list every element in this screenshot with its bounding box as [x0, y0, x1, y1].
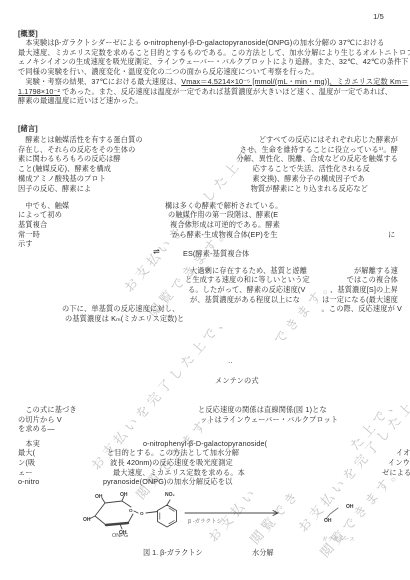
- intro-fragment-right: 素交換)、酵素分子の構成因子であ: [252, 174, 365, 183]
- intro-fragment-mid: の触媒作用の第一段階は、酵素(E: [168, 210, 278, 219]
- intro-fragment-right: 物質が酵素にとり込まれる反応など: [251, 184, 368, 193]
- benzene-ring: [158, 505, 177, 527]
- method-fragment-mid: と目的とする。この方法として加水分解: [107, 448, 239, 457]
- method-fragment-mid: と反応速度の関係は直線関係(図 1)とな: [198, 405, 327, 414]
- result-text: であった。また、反応速度は温度が一定であれば基質濃度が大きいほど速く、温度が一定…: [60, 87, 392, 96]
- equation-text: ES(酵素-基質複合体: [183, 249, 249, 258]
- method-fragment-left: この式に基づき: [18, 405, 77, 414]
- intro-fragment-right: どすべての反応にはそれぞれ応じた酵素が: [259, 135, 398, 144]
- equilibrium-arrow: ⇌: [153, 247, 160, 256]
- intro-fragment-left: 構成アミノ酸残基のプロト: [18, 174, 106, 183]
- overview-line: 最大速度、ミカエリス定数を求めること目的とするものである。この方法として、加水分…: [18, 48, 410, 57]
- overview-line: ェノキシイオンの生成速度を吸光度測定、ラインウェーバー・バルクプロットにより追跡…: [18, 57, 409, 66]
- method-fragment-right: インウ: [388, 458, 410, 467]
- method-fragment-left: を求める—: [18, 424, 55, 433]
- intro-fragment-left: こと(触媒反応)、酵素を構成: [18, 164, 111, 173]
- intro-fragment-left: 素に関わるもろもろの反応は酵: [18, 154, 121, 163]
- intro-fragment-left: 存在し、それらの反応をその生体の: [18, 145, 135, 154]
- intro-fragment-mid: と生成する速度の和に等しいという定: [185, 275, 310, 284]
- overview-line: 酵素の最適温度に近いほど速かった。: [18, 96, 143, 105]
- intro-fragment-right: が解離する速: [354, 266, 398, 275]
- ring-oxygen-label: O: [129, 508, 133, 513]
- method-fragment-right: ゼによる: [382, 468, 410, 477]
- oh-label: OH: [120, 492, 128, 498]
- intro-fragment-right: 分解、異性化、脱離、合成などの反応を触媒する: [237, 154, 398, 163]
- method-fragment-mid: o-nitrophenyl-β-D-galactopyranoside(: [143, 439, 267, 448]
- intro-fragment-mid: から酵素-生成物複合体(EP)を生: [172, 230, 278, 239]
- overview-heading: [概要]: [18, 29, 38, 38]
- method-fragment-left: ェー: [18, 468, 33, 477]
- glycosidic-oxygen-label: O: [140, 511, 144, 516]
- intro-fragment-left: 中でも、触媒: [18, 201, 69, 210]
- oh-label: OH: [324, 518, 332, 524]
- oh-label: OH: [83, 517, 91, 523]
- onpg-label: ONPG: [112, 533, 128, 539]
- method-fragment-mid: ットはラインウェーバー・バルクプロット: [200, 415, 338, 424]
- intro-fragment-mid: 大過剰に存在するため、基質と遊離: [190, 266, 307, 275]
- no2-label: NO₂: [165, 492, 175, 498]
- document-page: お支払いを完了した上で、 閲覧できます。 できます。 お支払いを完了した上で、 …: [0, 0, 410, 580]
- method-fragment-mid: pyranoside(ONPG)の加水分解反応を以: [103, 477, 233, 486]
- intro-fragment-left: 示す: [18, 239, 33, 248]
- figure-caption: 図 1. β-ガラクトシ: [143, 548, 203, 558]
- result-text: 実験・考察の結果、37℃における最大速度は、: [18, 77, 181, 86]
- intro-fragment-right: ではこの複合体: [347, 275, 398, 284]
- km-value: 1.1798×10⁻²: [18, 87, 60, 96]
- method-fragment-mid: 波長 420nm)の反応速度を吸光度測定: [110, 458, 233, 467]
- enzyme-label: β -ガラクトシ: [188, 517, 222, 525]
- intro-fragment-left: 常一時: [18, 230, 40, 239]
- intro-fragment-left: 酵素とは触媒活性を有する蛋白質の: [18, 135, 143, 144]
- method-fragment-left: の切片から V: [18, 415, 62, 424]
- intro-fragment-mid: る。したがって、酵素の反応速度(V: [188, 285, 305, 294]
- sugar-ring: [95, 503, 106, 525]
- intro-fragment-mid: の下に、単基質の反応速度に対し、: [62, 304, 179, 313]
- oh-label: OH: [95, 494, 103, 500]
- method-fragment-left: 最大(: [18, 448, 35, 457]
- equation-remnant: ‥: [228, 356, 233, 365]
- intro-fragment-mid: 構は多くの酵素で解析されている。: [165, 201, 282, 210]
- overview-result-line: 実験・考察の結果、37℃における最大速度は、Vmax＝4.5214×10⁻⁵ […: [18, 77, 408, 86]
- intro-fragment-right: 応することで失活、活性化される反: [253, 164, 370, 173]
- intro-fragment-right: 、基質濃度[S]の上昇: [330, 285, 398, 294]
- method-fragment-right: イオ: [396, 448, 410, 457]
- intro-fragment-right: させ、生命を維持することに役立っている¹⁾。酵: [240, 145, 398, 154]
- method-fragment-left: o-nitro: [18, 477, 39, 486]
- page-number: 1/5: [373, 12, 384, 21]
- figure-caption-fragment: 水分解: [252, 548, 274, 558]
- galactose-label: ガラクトース: [322, 535, 355, 543]
- vmax-value: Vmax＝4.5214×10⁻⁵ [mmol/(mL・min・mg)]、ミカエリ…: [181, 77, 408, 86]
- intro-fragment-right: は一定になる(最大速度: [322, 295, 398, 304]
- oh-label: OH: [346, 504, 354, 510]
- method-fragment-left: 本実: [18, 439, 40, 448]
- method-fragment-mid: 最大速度、ミカエリス定数を求める。本: [113, 468, 245, 477]
- intro-fragment-left: 基質複合: [18, 220, 47, 229]
- intro-fragment-mid: が、基質濃度がある程度以上にな: [190, 295, 300, 304]
- menten-equation-label: メンテンの式: [215, 376, 259, 385]
- method-fragment-left: ン(吸: [18, 458, 35, 467]
- overview-result-line: 1.1798×10⁻² であった。また、反応速度は温度が一定であれば基質濃度が大…: [18, 87, 392, 96]
- intro-fragment-left: 因子の反応、酵素によ: [18, 184, 91, 193]
- intro-fragment-left: によって初め: [18, 210, 62, 219]
- intro-fragment-right: 。この際、反応速度が V: [322, 304, 402, 313]
- michaelis-constant-line: の基質濃度は Kₘ(ミカエリス定数)と: [65, 314, 184, 323]
- intro-fragment-mid: 複合体形成は可逆的である。酵素: [170, 220, 280, 229]
- intro-fragment-far: に: [388, 230, 395, 239]
- watermark-text: た上で、: [345, 390, 404, 454]
- intro-heading: [緒言]: [18, 124, 38, 133]
- overview-line: で同様の実験を行い、濃度変化・温度変化の二つの面から反応速度について考察を行った…: [18, 67, 319, 76]
- overview-line: 本実験はβ-ガラクトシダーゼによる o-nitrophenyl-β-D-gala…: [18, 38, 384, 47]
